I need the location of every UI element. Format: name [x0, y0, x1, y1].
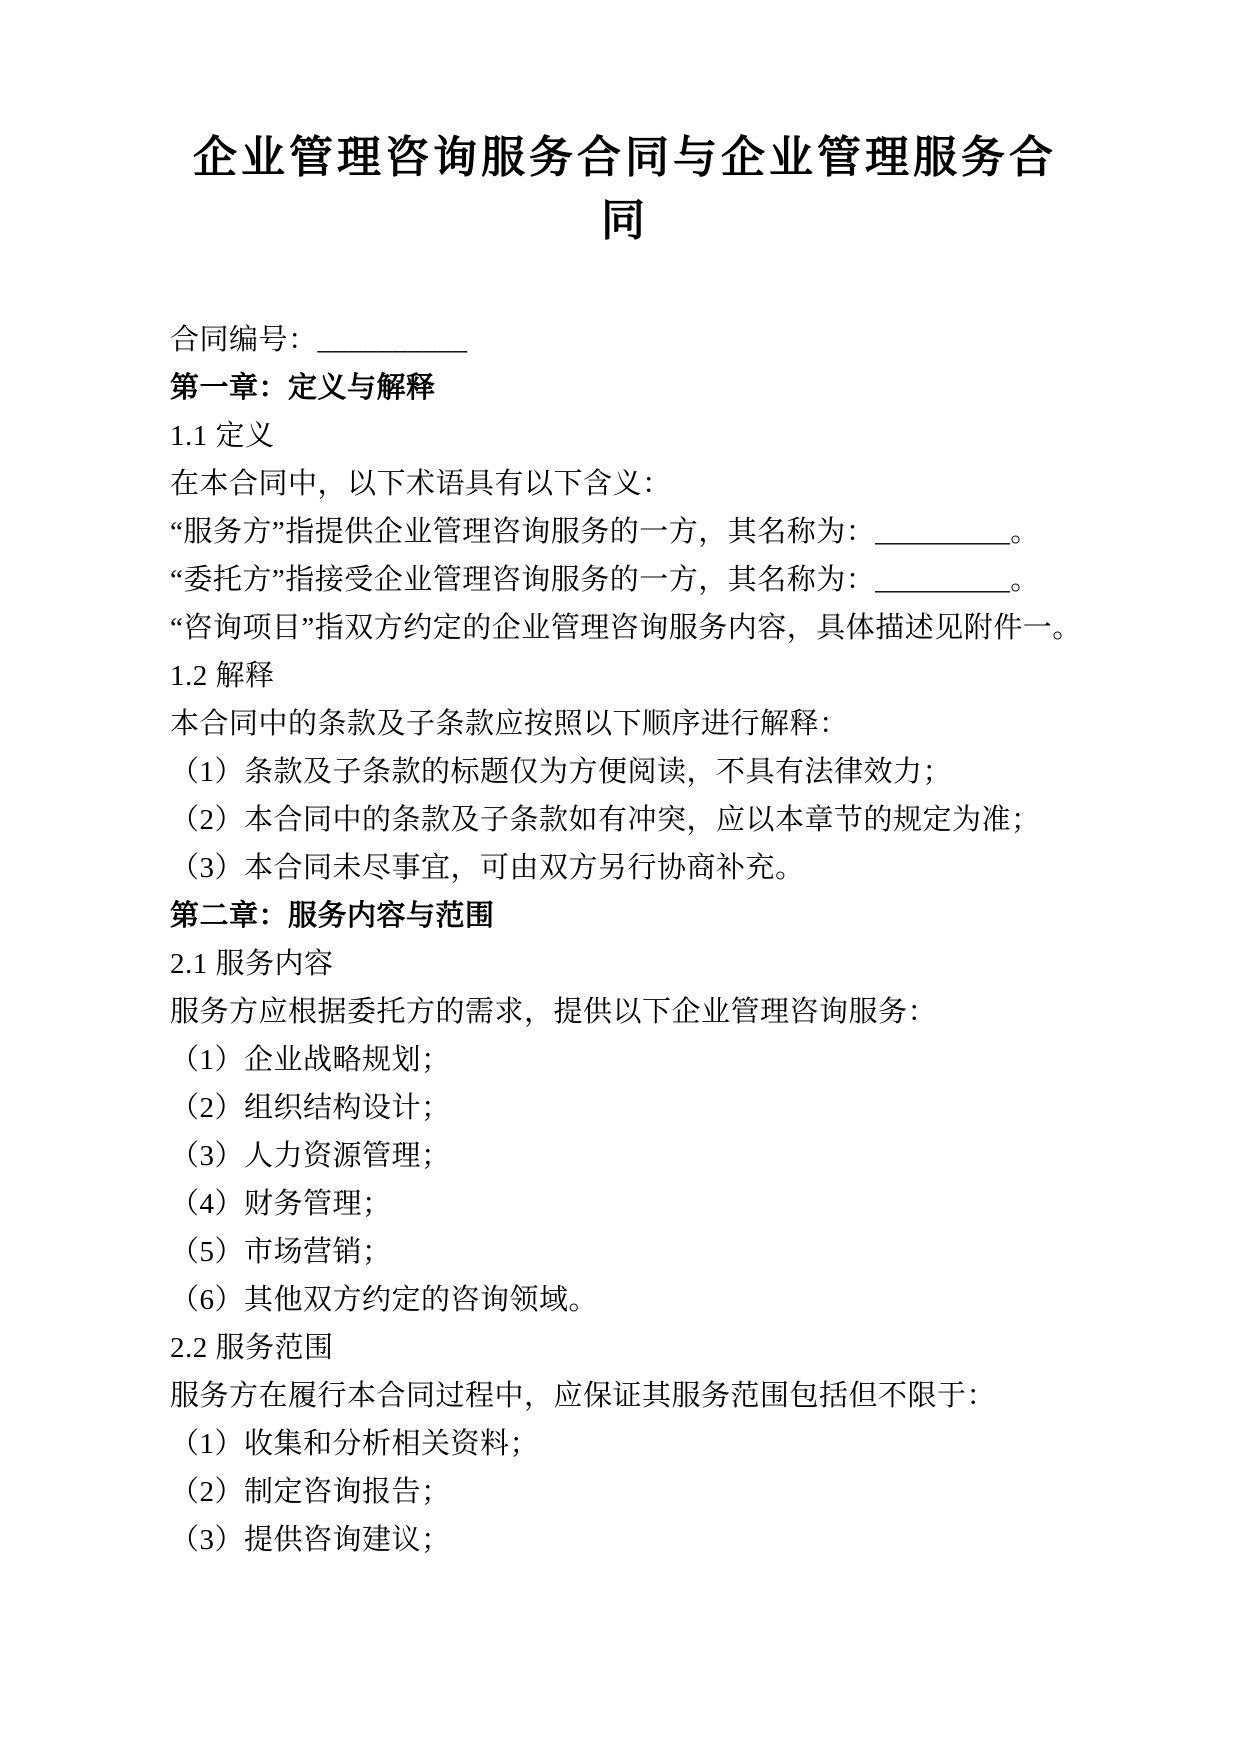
heading-chapter-2: 第二章：服务内容与范围	[170, 892, 1080, 940]
para-service-scope-intro: 服务方在履行本合同过程中，应保证其服务范围包括但不限于：	[170, 1372, 1080, 1420]
clause-1-1-title: 1.1 定义	[170, 412, 1080, 460]
list-item-scope-2: （2）制定咨询报告；	[170, 1468, 1080, 1516]
document-title: 企业管理咨询服务合同与企业管理服务合同	[180, 126, 1070, 252]
list-item-service-3: （3）人力资源管理；	[170, 1132, 1080, 1180]
list-item-scope-1: （1）收集和分析相关资料；	[170, 1420, 1080, 1468]
list-item-service-6: （6）其他双方约定的咨询领域。	[170, 1276, 1080, 1324]
list-item-interpretation-1: （1）条款及子条款的标题仅为方便阅读，不具有法律效力；	[170, 748, 1080, 796]
para-interpretation-intro: 本合同中的条款及子条款应按照以下顺序进行解释：	[170, 700, 1080, 748]
para-definitions-intro: 在本合同中，以下术语具有以下含义：	[170, 460, 1080, 508]
para-service-content-intro: 服务方应根据委托方的需求，提供以下企业管理咨询服务：	[170, 988, 1080, 1036]
clause-1-2-title: 1.2 解释	[170, 652, 1080, 700]
clause-2-2-title: 2.2 服务范围	[170, 1324, 1080, 1372]
list-item-service-1: （1）企业战略规划；	[170, 1036, 1080, 1084]
list-item-interpretation-2: （2）本合同中的条款及子条款如有冲突，应以本章节的规定为准；	[170, 796, 1080, 844]
list-item-service-2: （2）组织结构设计；	[170, 1084, 1080, 1132]
list-item-service-5: （5）市场营销；	[170, 1228, 1080, 1276]
heading-chapter-1: 第一章：定义与解释	[170, 364, 1080, 412]
list-item-scope-3: （3）提供咨询建议；	[170, 1516, 1080, 1564]
list-item-interpretation-3: （3）本合同未尽事宜，可由双方另行协商补充。	[170, 844, 1080, 892]
clause-2-1-title: 2.1 服务内容	[170, 940, 1080, 988]
para-definition-consulting-project: “咨询项目”指双方约定的企业管理咨询服务内容，具体描述见附件一。	[170, 604, 1080, 652]
contract-number-line: 合同编号：__________	[170, 316, 1080, 364]
document-body: 合同编号：__________ 第一章：定义与解释 1.1 定义 在本合同中，以…	[170, 316, 1080, 1564]
list-item-service-4: （4）财务管理；	[170, 1180, 1080, 1228]
para-definition-client: “委托方”指接受企业管理咨询服务的一方，其名称为：_________。	[170, 556, 1080, 604]
document-page: 企业管理咨询服务合同与企业管理服务合同 合同编号：__________ 第一章：…	[0, 0, 1240, 1753]
para-definition-service-provider: “服务方”指提供企业管理咨询服务的一方，其名称为：_________。	[170, 508, 1080, 556]
